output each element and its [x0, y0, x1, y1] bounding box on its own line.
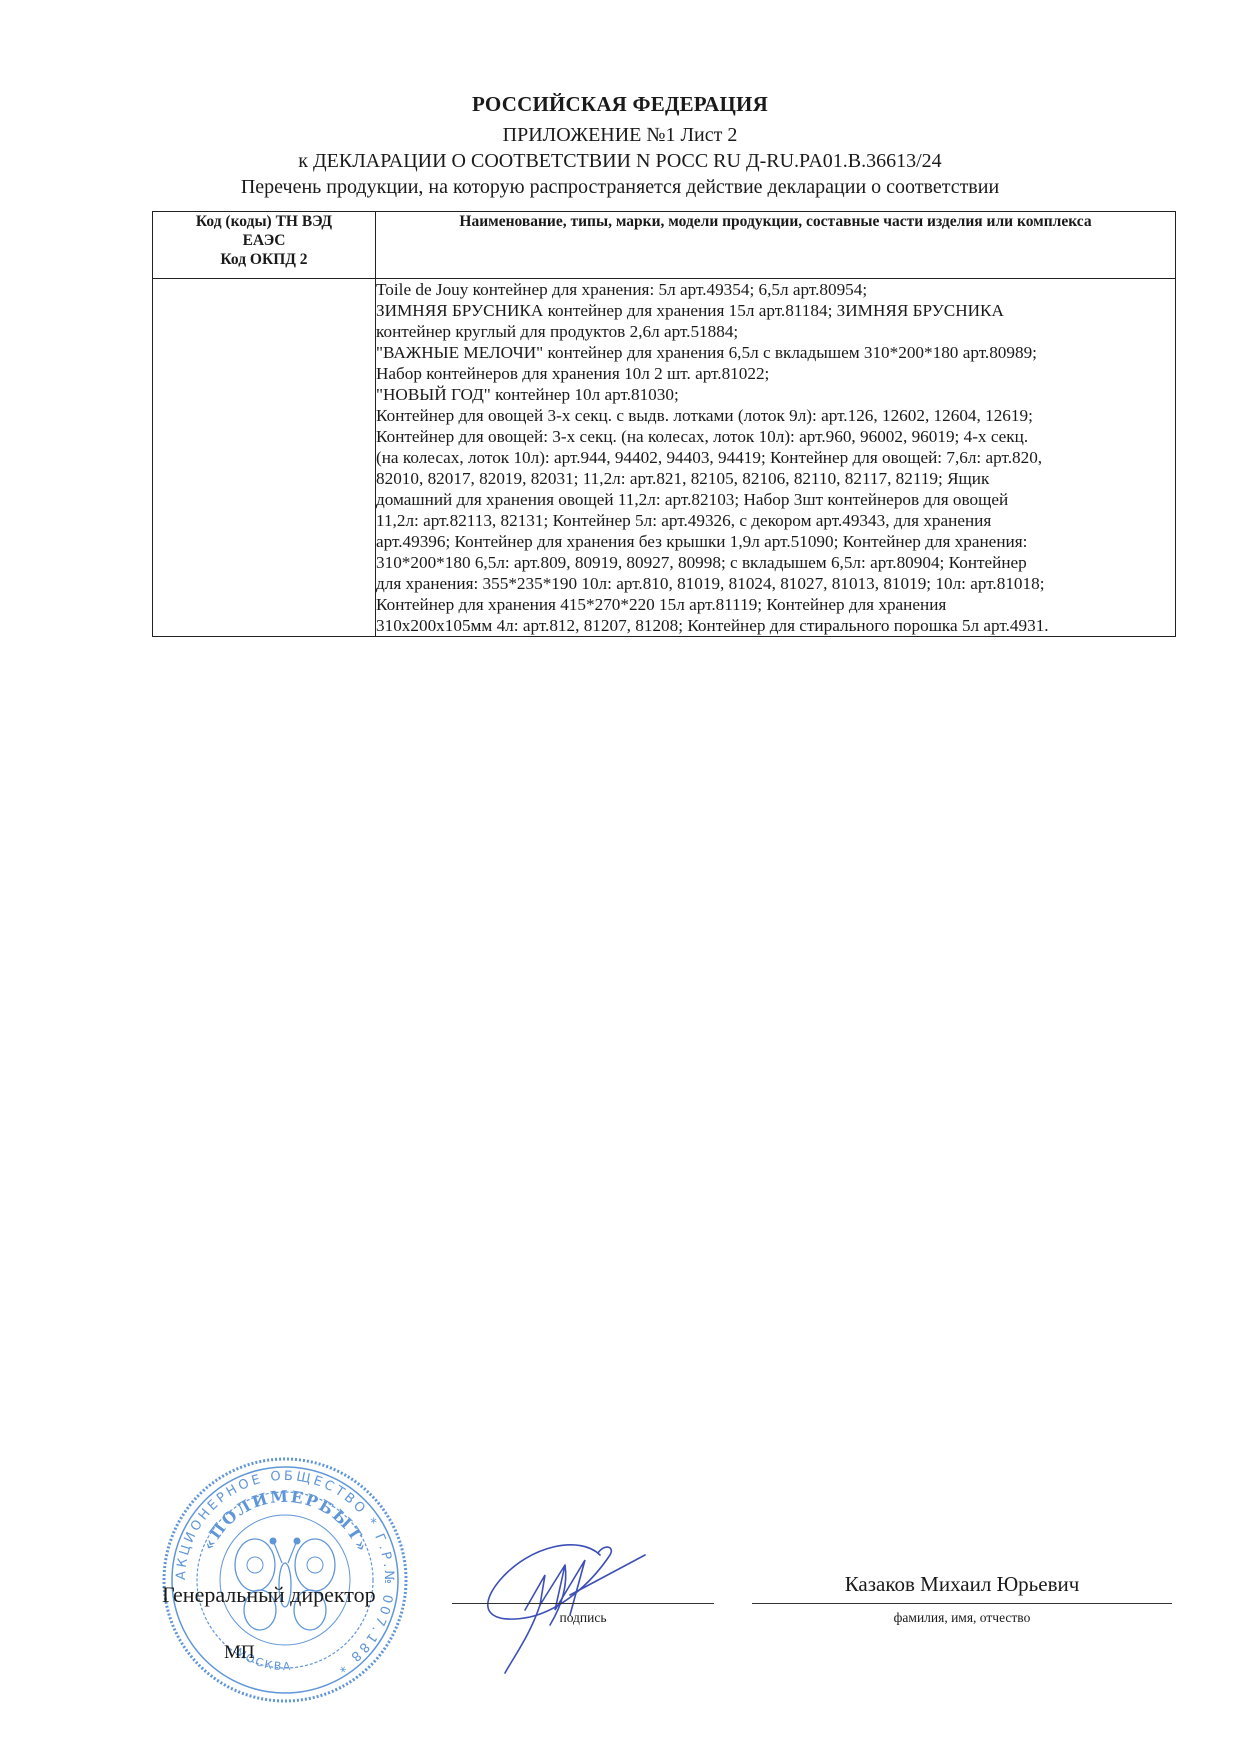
product-description-line: Набор контейнеров для хранения 10л 2 шт.…	[376, 363, 1175, 384]
signer-full-name: Казаков Михаил Юрьевич	[752, 1572, 1172, 1597]
company-seal-icon: АКЦИОНЕРНОЕ ОБЩЕСТВО * Г.Р.№ 007.188 * «…	[160, 1455, 410, 1705]
table-header-row: Код (коды) ТН ВЭД ЕАЭС Код ОКПД 2 Наимен…	[153, 212, 1176, 279]
signature-caption: подпись	[452, 1610, 714, 1626]
signer-position: Генеральный директор	[162, 1582, 376, 1608]
handwritten-signature-icon	[470, 1525, 670, 1675]
product-description-line: Toile de Jouy контейнер для хранения: 5л…	[376, 279, 1175, 300]
name-line	[752, 1603, 1172, 1604]
column-header-codes-line: ЕАЭС	[153, 231, 375, 250]
appendix-heading: ПРИЛОЖЕНИЕ №1 Лист 2	[0, 124, 1240, 147]
product-description-line: Контейнер для овощей 3-х секц. с выдв. л…	[376, 405, 1175, 426]
table-row: Toile de Jouy контейнер для хранения: 5л…	[153, 279, 1176, 637]
product-description-line: Контейнер для овощей: 3-х секц. (на коле…	[376, 426, 1175, 447]
product-table: Код (коды) ТН ВЭД ЕАЭС Код ОКПД 2 Наимен…	[152, 211, 1176, 637]
column-header-codes-line: Код (коды) ТН ВЭД	[153, 212, 375, 231]
product-list-title: Перечень продукции, на которую распростр…	[0, 176, 1240, 199]
signature-line	[452, 1603, 714, 1604]
product-description-line: 11,2л: арт.82113, 82131; Контейнер 5л: а…	[376, 510, 1175, 531]
column-header-codes: Код (коды) ТН ВЭД ЕАЭС Код ОКПД 2	[153, 212, 376, 279]
product-description-line: домашний для хранения овощей 11,2л: арт.…	[376, 489, 1175, 510]
product-description-line: 82010, 82017, 82019, 82031; 11,2л: арт.8…	[376, 468, 1175, 489]
product-description-line: 310x200x105мм 4л: арт.812, 81207, 81208;…	[376, 615, 1175, 636]
name-caption: фамилия, имя, отчество	[752, 1610, 1172, 1626]
codes-cell	[153, 279, 376, 637]
column-header-codes-line: Код ОКПД 2	[153, 250, 375, 269]
column-header-product-name: Наименование, типы, марки, модели продук…	[376, 212, 1176, 279]
product-description-line: "НОВЫЙ ГОД" контейнер 10л арт.81030;	[376, 384, 1175, 405]
product-description-line: 310*200*180 6,5л: арт.809, 80919, 80927,…	[376, 552, 1175, 573]
product-description-cell: Toile de Jouy контейнер для хранения: 5л…	[376, 279, 1176, 637]
product-description-line: ЗИМНЯЯ БРУСНИКА контейнер для хранения 1…	[376, 300, 1175, 321]
product-description-line: Контейнер для хранения 415*270*220 15л а…	[376, 594, 1175, 615]
declaration-reference: к ДЕКЛАРАЦИИ О СООТВЕТСТВИИ N РОСС RU Д-…	[0, 150, 1240, 173]
product-description-line: (на колесах, лоток 10л): арт.944, 94402,…	[376, 447, 1175, 468]
product-description-line: арт.49396; Контейнер для хранения без кр…	[376, 531, 1175, 552]
product-description-line: "ВАЖНЫЕ МЕЛОЧИ" контейнер для хранения 6…	[376, 342, 1175, 363]
product-description-line: контейнер круглый для продуктов 2,6л арт…	[376, 321, 1175, 342]
product-description-line: для хранения: 355*235*190 10л: арт.810, …	[376, 573, 1175, 594]
stamp-place-mark: МП	[224, 1642, 255, 1664]
document-country-heading: РОССИЙСКАЯ ФЕДЕРАЦИЯ	[0, 92, 1240, 117]
